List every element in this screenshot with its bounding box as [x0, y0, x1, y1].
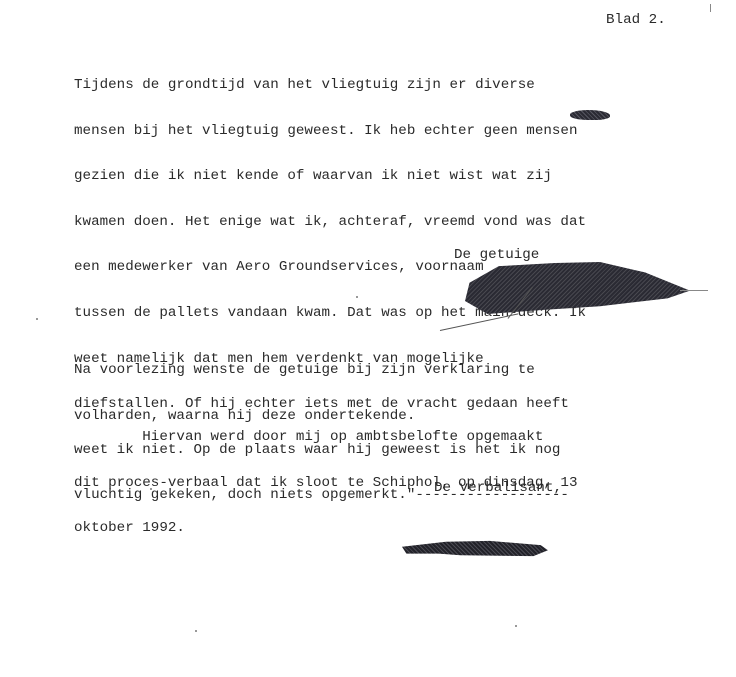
redacted-witness-signature: [465, 262, 690, 314]
attestation-line: Hiervan werd door mij op ambtsbelofte op…: [74, 431, 578, 445]
redacted-first-name: [570, 110, 610, 120]
witness-label: De getuige: [454, 247, 539, 263]
statement-line: Tijdens de grondtijd van het vliegtuig z…: [74, 79, 586, 93]
scan-speck: [36, 318, 38, 320]
scan-speck: [150, 488, 152, 490]
scan-speck: [710, 4, 711, 12]
scan-speck: [195, 630, 197, 632]
closing-line: Na voorlezing wenste de getuige bij zijn…: [74, 364, 535, 378]
scan-speck: [356, 296, 358, 298]
scan-speck: [515, 625, 517, 627]
attestation-line: oktober 1992.: [74, 522, 578, 536]
signature-stroke: [680, 290, 708, 291]
statement-line: kwamen doen. Het enige wat ik, achteraf,…: [74, 216, 586, 230]
statement-line: mensen bij het vliegtuig geweest. Ik heb…: [74, 125, 586, 139]
page-number-label: Blad 2.: [606, 12, 666, 28]
document-page: Blad 2. Tijdens de grondtijd van het vli…: [0, 0, 736, 677]
statement-line: gezien die ik niet kende of waarvan ik n…: [74, 170, 586, 184]
officer-label: De verbalisant,: [434, 480, 562, 496]
